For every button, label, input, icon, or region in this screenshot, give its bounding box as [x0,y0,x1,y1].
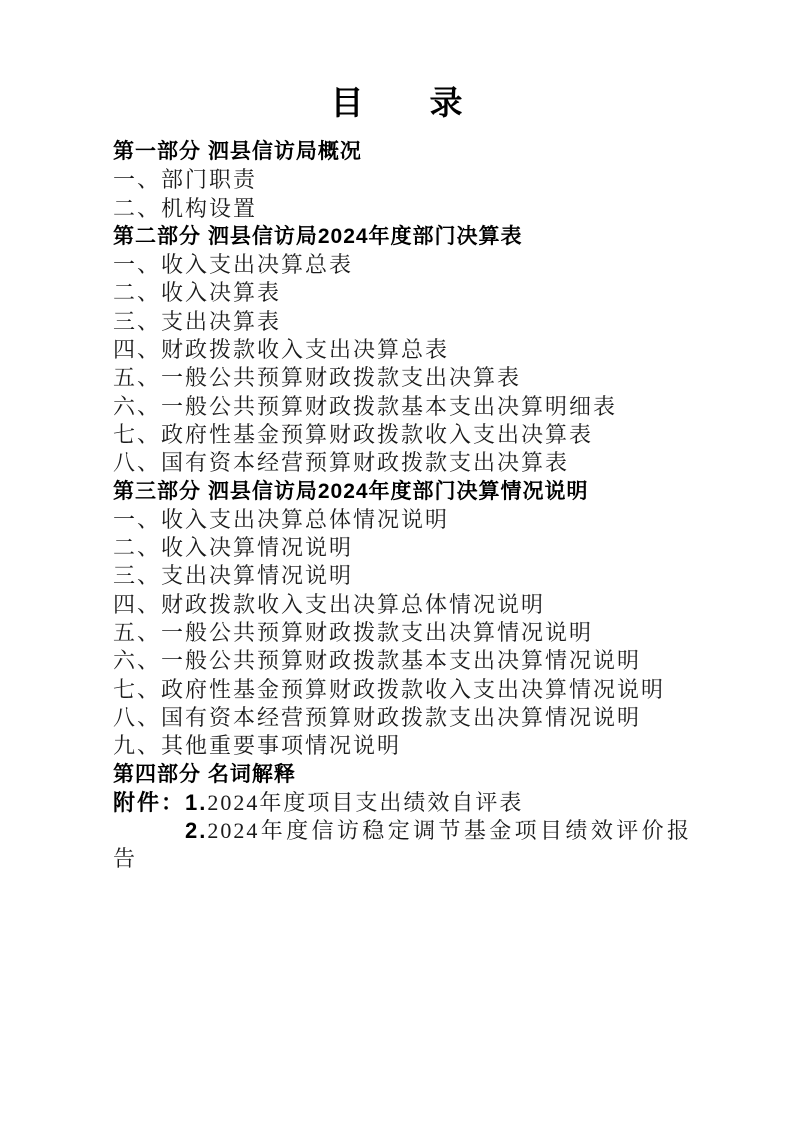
toc-item: 八、国有资本经营预算财政拨款支出决算表 [113,449,713,477]
section-heading: 第二部分 泗县信访局2024年度部门决算表 [113,223,713,251]
table-of-contents: 第一部分 泗县信访局概况 一、部门职责 二、机构设置 第二部分 泗县信访局202… [113,138,713,789]
section-heading: 第三部分 泗县信访局2024年度部门决算情况说明 [113,478,713,506]
toc-item: 七、政府性基金预算财政拨款收入支出决算表 [113,421,713,449]
attachment-item: 2.2024年度信访稳定调节基金项目绩效评价报告 [113,817,691,874]
attachment-item: 附件：1.2024年度项目支出绩效自评表 [113,789,691,817]
page-title: 目 录 [113,82,680,124]
toc-section: 第三部分 泗县信访局2024年度部门决算情况说明 一、收入支出决算总体情况说明 … [113,478,713,761]
section-heading: 第一部分 泗县信访局概况 [113,138,713,166]
toc-item: 二、收入决算情况说明 [113,534,713,562]
attachment-item-number: 1. [185,790,207,815]
toc-item: 六、一般公共预算财政拨款基本支出决算明细表 [113,393,713,421]
toc-section: 第一部分 泗县信访局概况 一、部门职责 二、机构设置 [113,138,713,223]
toc-item: 七、政府性基金预算财政拨款收入支出决算情况说明 [113,676,713,704]
toc-item: 九、其他重要事项情况说明 [113,732,713,760]
toc-item: 一、收入支出决算总表 [113,251,713,279]
toc-item: 八、国有资本经营预算财政拨款支出决算情况说明 [113,704,713,732]
attachments-section: 附件：1.2024年度项目支出绩效自评表2.2024年度信访稳定调节基金项目绩效… [113,789,713,874]
toc-item: 三、支出决算表 [113,308,713,336]
toc-item: 四、财政拨款收入支出决算总表 [113,336,713,364]
attachments-label: 附件： [113,790,185,815]
toc-section: 第二部分 泗县信访局2024年度部门决算表 一、收入支出决算总表 二、收入决算表… [113,223,713,478]
toc-item: 三、支出决算情况说明 [113,562,713,590]
toc-item: 五、一般公共预算财政拨款支出决算情况说明 [113,619,713,647]
toc-item: 二、机构设置 [113,195,713,223]
attachment-item-number: 2. [185,818,207,843]
section-heading: 第四部分 名词解释 [113,761,713,789]
attachment-item-text: 2024年度项目支出绩效自评表 [207,790,523,815]
toc-item: 四、财政拨款收入支出决算总体情况说明 [113,591,713,619]
toc-item: 五、一般公共预算财政拨款支出决算表 [113,364,713,392]
toc-item: 一、收入支出决算总体情况说明 [113,506,713,534]
toc-item: 二、收入决算表 [113,279,713,307]
toc-section: 第四部分 名词解释 [113,761,713,789]
toc-item: 一、部门职责 [113,166,713,194]
toc-item: 六、一般公共预算财政拨款基本支出决算情况说明 [113,647,713,675]
toc-document-page: 目 录 第一部分 泗县信访局概况 一、部门职责 二、机构设置 第二部分 泗县信访… [0,0,793,1122]
